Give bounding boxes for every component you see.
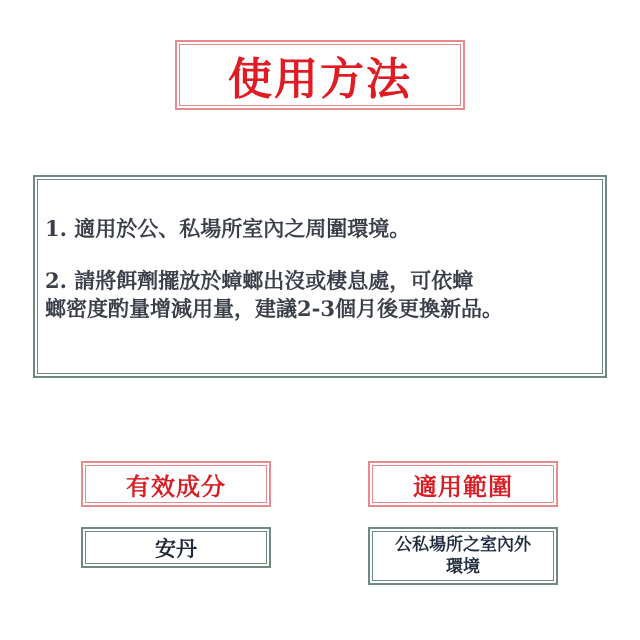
page-title: 使用方法 (228, 43, 412, 107)
instructions-panel: 1. 適用於公、私場所室內之周圍環境。 2. 請將餌劑擺放於蟑螂出沒或棲息處，可… (33, 175, 607, 378)
active-ingredient-label-box: 有效成分 (81, 461, 271, 507)
active-ingredient-value-box: 安丹 (81, 527, 271, 568)
active-ingredient-value: 安丹 (155, 533, 197, 563)
scope-label-box: 適用範圍 (368, 461, 558, 507)
instruction-item-2-line-1: 2. 請將餌劑擺放於蟑螂出沒或棲息處，可依蟑 (45, 267, 605, 295)
instruction-item-2-line-2: 螂密度酌量增減用量，建議2-3個月後更換新品。 (45, 295, 605, 323)
scope-value-box: 公私場所之室內外 環境 (368, 527, 558, 585)
title-banner: 使用方法 (175, 40, 465, 110)
scope-value: 公私場所之室內外 環境 (395, 534, 531, 578)
active-ingredient-label: 有效成分 (126, 467, 226, 502)
scope-label: 適用範圍 (413, 467, 513, 502)
instruction-item-1: 1. 適用於公、私場所室內之周圍環境。 (45, 215, 605, 243)
